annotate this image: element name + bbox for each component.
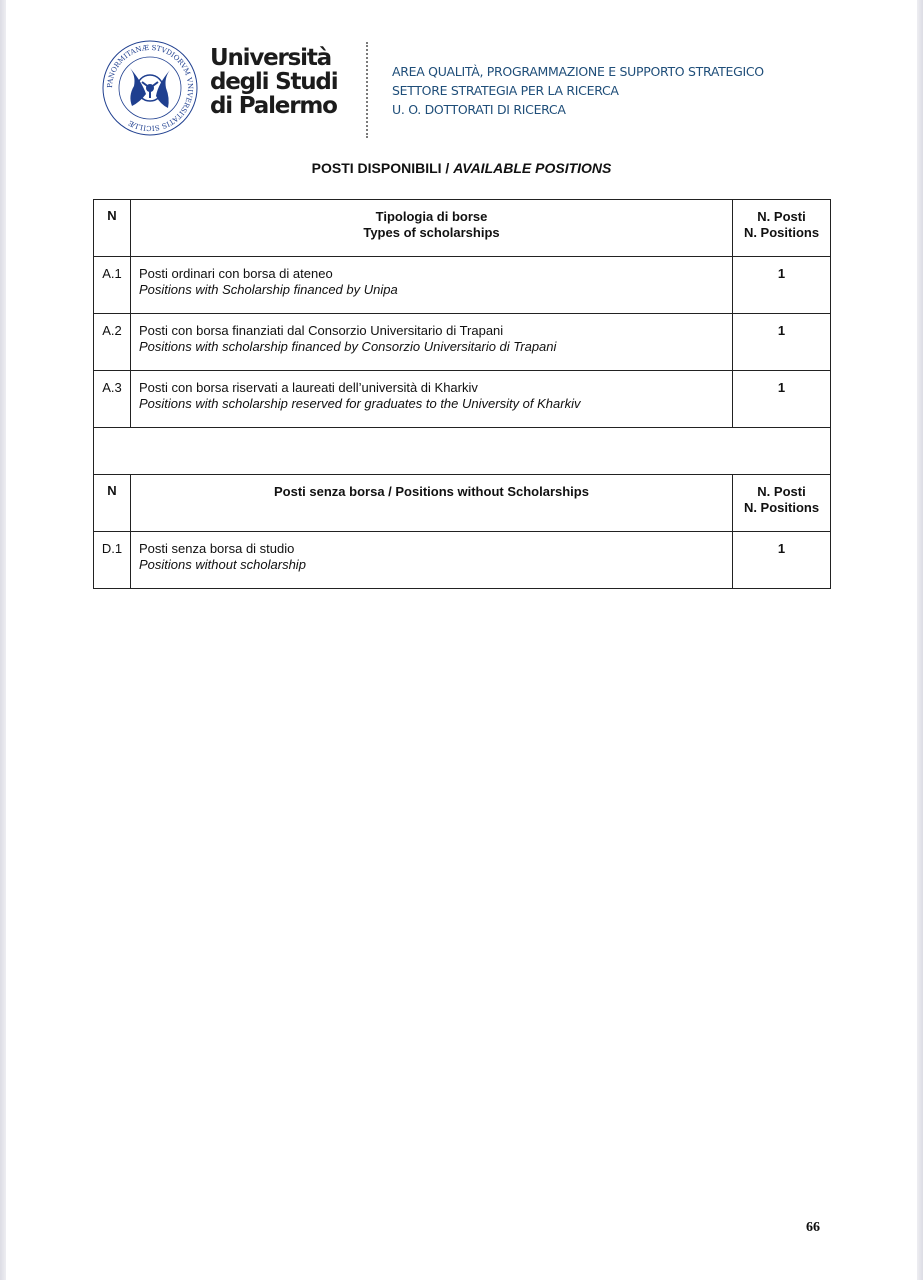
header-scholarship-type: Tipologia di borse Types of scholarships [131, 200, 733, 257]
header-no-scholarship-type: Posti senza borsa / Positions without Sc… [131, 475, 733, 532]
row-desc-en: Positions with scholarship reserved for … [139, 396, 724, 412]
university-name-line-1: Università [210, 46, 337, 70]
page-edge-left [0, 0, 6, 1280]
department-line-area: AREA QUALITÀ, PROGRAMMAZIONE E SUPPORTO … [392, 62, 764, 81]
row-desc-en: Positions with Scholarship financed by U… [139, 282, 724, 298]
row-id: A.3 [94, 371, 131, 428]
row-count: 1 [733, 257, 831, 314]
row-desc-it: Posti con borsa finanziati dal Consorzio… [139, 323, 724, 339]
row-count: 1 [733, 532, 831, 589]
table-spacer-row [94, 428, 831, 475]
row-count: 1 [733, 371, 831, 428]
row-desc-it: Posti ordinari con borsa di ateneo [139, 266, 724, 282]
row-description: Posti ordinari con borsa di ateneo Posit… [131, 257, 733, 314]
header-count-en: N. Positions [733, 225, 830, 241]
header-divider [366, 42, 368, 138]
table-row: A.2 Posti con borsa finanziati dal Conso… [94, 314, 831, 371]
row-desc-en: Positions with scholarship financed by C… [139, 339, 724, 355]
header-type-it: Tipologia di borse [131, 209, 732, 225]
row-description: Posti con borsa riservati a laureati del… [131, 371, 733, 428]
row-description: Posti con borsa finanziati dal Consorzio… [131, 314, 733, 371]
row-desc-en: Positions without scholarship [139, 557, 724, 573]
table-row: A.1 Posti ordinari con borsa di ateneo P… [94, 257, 831, 314]
header-n: N [94, 200, 131, 257]
university-name-line-3: di Palermo [210, 94, 337, 118]
department-line-sector: SETTORE STRATEGIA PER LA RICERCA [392, 81, 764, 100]
page-title-it: POSTI DISPONIBILI / [312, 160, 454, 176]
header-count: N. Posti N. Positions [733, 475, 831, 532]
page-edge-right [917, 0, 923, 1280]
header-count-it: N. Posti [733, 209, 830, 225]
header-count: N. Posti N. Positions [733, 200, 831, 257]
row-id: A.1 [94, 257, 131, 314]
page-title: POSTI DISPONIBILI / AVAILABLE POSITIONS [0, 160, 923, 176]
university-name: Università degli Studi di Palermo [210, 46, 337, 118]
spacer-cell [94, 428, 831, 475]
row-id: D.1 [94, 532, 131, 589]
table-header-row-no-scholarship: N Posti senza borsa / Positions without … [94, 475, 831, 532]
row-desc-it: Posti con borsa riservati a laureati del… [139, 380, 724, 396]
header-n: N [94, 475, 131, 532]
page-number: 66 [806, 1220, 820, 1236]
row-count: 1 [733, 314, 831, 371]
row-id: A.2 [94, 314, 131, 371]
university-name-line-2: degli Studi [210, 70, 337, 94]
university-seal-icon: PANORMITANÆ STVDIORVM VNIVERSITATIS SICI… [100, 38, 200, 138]
page-title-en: AVAILABLE POSITIONS [453, 160, 611, 176]
header-count-it: N. Posti [733, 484, 830, 500]
table-header-row: N Tipologia di borse Types of scholarshi… [94, 200, 831, 257]
header-count-en: N. Positions [733, 500, 830, 516]
row-description: Posti senza borsa di studio Positions wi… [131, 532, 733, 589]
header-type-en: Types of scholarships [131, 225, 732, 241]
department-block: AREA QUALITÀ, PROGRAMMAZIONE E SUPPORTO … [392, 62, 764, 119]
department-line-unit: U. O. DOTTORATI DI RICERCA [392, 100, 764, 119]
positions-table: N Tipologia di borse Types of scholarshi… [93, 199, 831, 589]
row-desc-it: Posti senza borsa di studio [139, 541, 724, 557]
table-row: D.1 Posti senza borsa di studio Position… [94, 532, 831, 589]
table-row: A.3 Posti con borsa riservati a laureati… [94, 371, 831, 428]
